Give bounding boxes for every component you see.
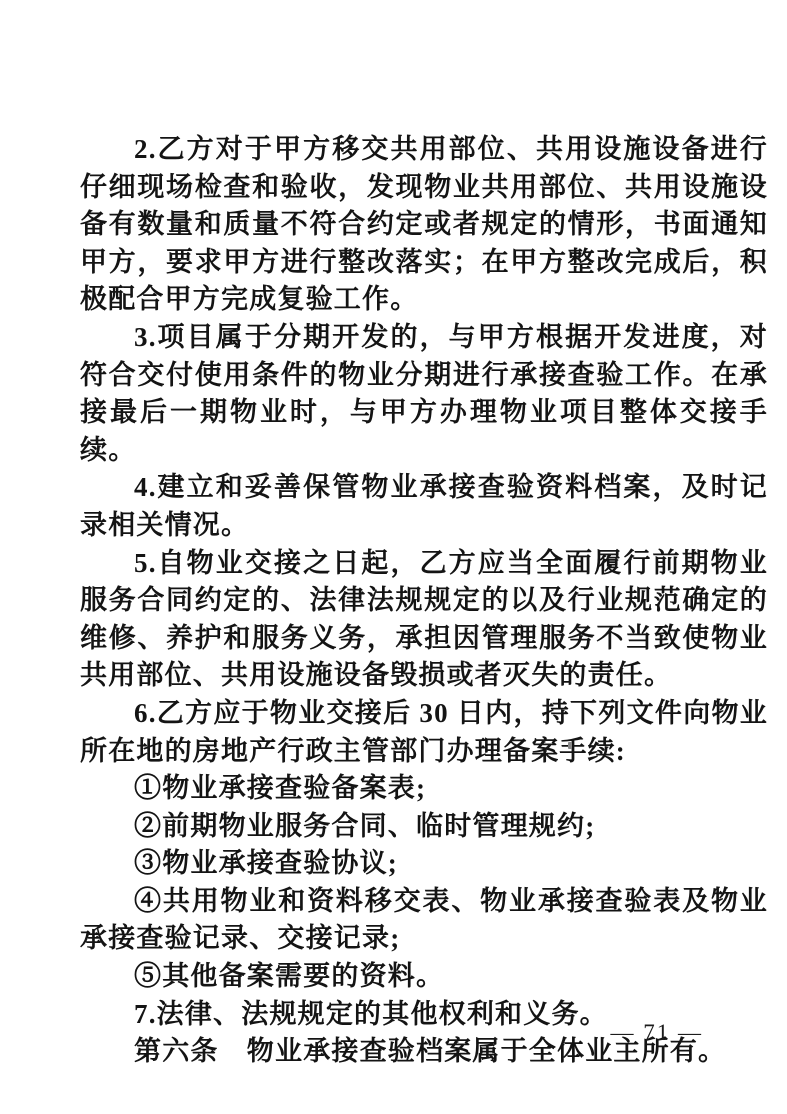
clause-paragraph-2: 2.乙方对于甲方移交共用部位、共用设施设备进行仔细现场检查和验收，发现物业共用部… bbox=[80, 131, 768, 319]
scan-speck-artifact bbox=[568, 742, 572, 749]
filing-item-3: ③物业承接查验协议; bbox=[80, 845, 768, 883]
clause-paragraph-4: 4.建立和妥善保管物业承接查验资料档案，及时记录相关情况。 bbox=[80, 469, 768, 544]
filing-item-2: ②前期物业服务合同、临时管理规约; bbox=[80, 808, 768, 846]
filing-item-4: ④共用物业和资料移交表、物业承接查验表及物业承接查验记录、交接记录; bbox=[80, 883, 768, 958]
clause-paragraph-5: 5.自物业交接之日起，乙方应当全面履行前期物业服务合同约定的、法律法规规定的以及… bbox=[80, 545, 768, 695]
filing-item-1: ①物业承接查验备案表; bbox=[80, 770, 768, 808]
filing-item-5: ⑤其他备案需要的资料。 bbox=[80, 958, 768, 996]
clause-paragraph-6: 6.乙方应于物业交接后 30 日内，持下列文件向物业所在地的房地产行政主管部门办… bbox=[80, 695, 768, 770]
contract-text-block: 2.乙方对于甲方移交共用部位、共用设施设备进行仔细现场检查和验收，发现物业共用部… bbox=[80, 131, 768, 1071]
clause-paragraph-3: 3.项目属于分期开发的，与甲方根据开发进度，对符合交付使用条件的物业分期进行承接… bbox=[80, 319, 768, 469]
document-page: 2.乙方对于甲方移交共用部位、共用设施设备进行仔细现场检查和验收，发现物业共用部… bbox=[0, 0, 787, 1114]
page-number: — 71 — bbox=[611, 1020, 704, 1046]
